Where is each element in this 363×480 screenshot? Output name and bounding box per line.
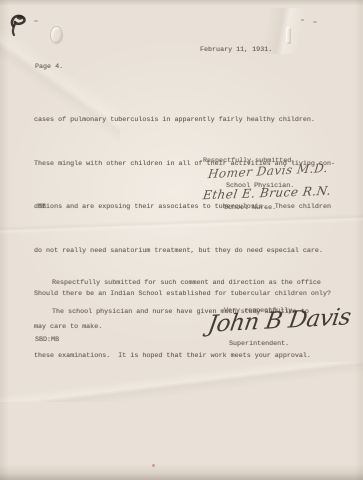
- fastener-emboss-mark: [50, 26, 63, 44]
- closing-salutation-2: Very respectfully,: [224, 304, 296, 319]
- closing-salutation-1: Respectfully submitted,: [203, 154, 295, 169]
- scanned-letter-page: February 11, 1931. Page 4. cases of pulm…: [0, 0, 363, 480]
- typist-initials: MB: [38, 200, 46, 215]
- letter-date: February 11, 1931.: [200, 43, 272, 58]
- paper-speck: [152, 464, 155, 467]
- page-number-label: Page 4.: [35, 60, 63, 75]
- superintendent-title: Superintendent.: [229, 337, 289, 352]
- fastener-emboss-mark: [286, 27, 291, 44]
- staple-mark-icon: [7, 12, 33, 38]
- paper-speck: [313, 21, 317, 23]
- physician-title: School Physician.: [226, 179, 294, 194]
- body-paragraph-3: The school physician and nurse have give…: [34, 276, 311, 392]
- nurse-title: School Nurse.: [224, 201, 276, 216]
- reference-initials: SBD:MB: [35, 333, 59, 348]
- body-line: cases of pulmonary tuberculosis in appar…: [34, 113, 335, 128]
- body-line: ditions and are exposing their associate…: [34, 200, 335, 215]
- paper-speck: [301, 19, 304, 21]
- paper-speck: [34, 20, 38, 22]
